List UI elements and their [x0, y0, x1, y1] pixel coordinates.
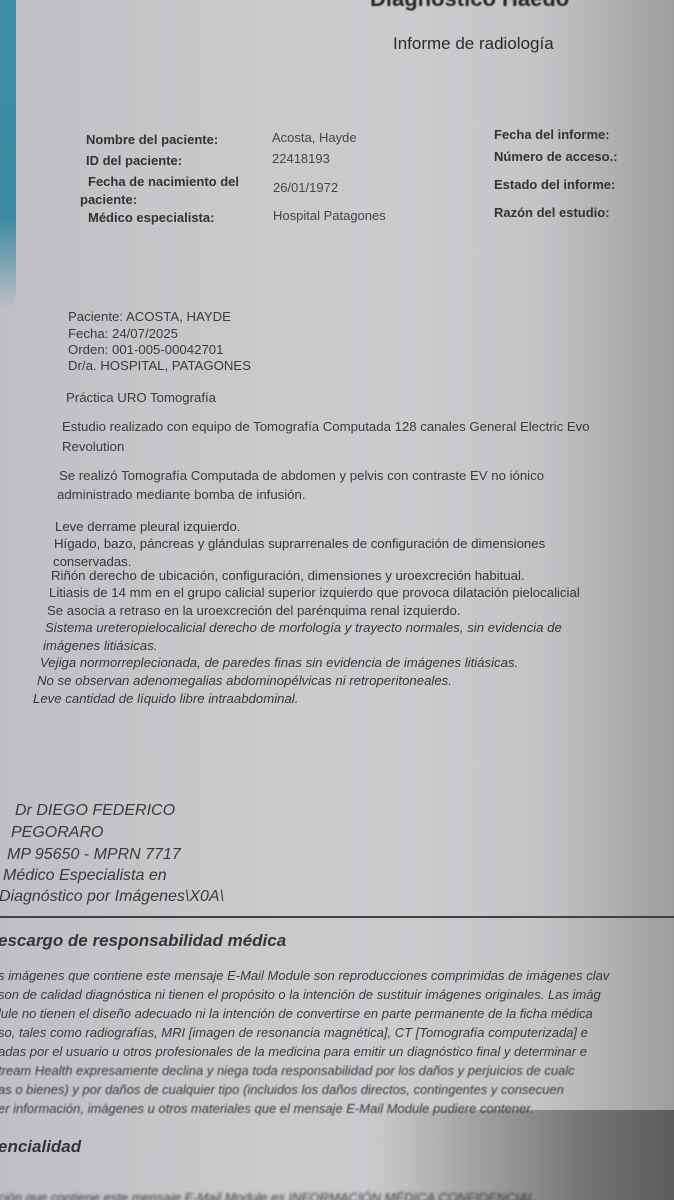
doctor-specialty-line2: Diagnóstico por Imágenes\X0A\	[0, 888, 224, 906]
order-patient: Paciente: ACOSTA, HAYDE	[68, 309, 231, 324]
disclaimer-line: er información, imágenes u otros materia…	[0, 1101, 534, 1116]
disclaimer-line: tream Health expresamente declina y nieg…	[0, 1063, 575, 1078]
disclaimer-title: escargo de responsabilidad médica	[0, 931, 286, 951]
background-object	[0, 0, 16, 310]
order-number: Orden: 001-005-00042701	[68, 342, 223, 357]
report-date-label: Fecha del informe:	[494, 127, 610, 142]
finding-line: Litiasis de 14 mm en el grupo calicial s…	[49, 585, 580, 600]
disclaimer-line: as o bienes) y por daños de cualquier ti…	[0, 1082, 564, 1097]
finding-line: Riñón derecho de ubicación, configuració…	[51, 568, 525, 583]
finding-line: Hígado, bazo, páncreas y glándulas supra…	[54, 536, 545, 551]
practice: Práctica URO Tomografía	[66, 390, 216, 405]
patient-name-value: Acosta, Hayde	[272, 130, 357, 145]
order-date: Fecha: 24/07/2025	[68, 326, 178, 341]
specialist-label: Médico especialista:	[88, 210, 214, 225]
procedure-line1: Se realizó Tomografía Computada de abdom…	[59, 468, 544, 483]
finding-line: conservadas.	[53, 554, 131, 569]
patient-id-label: ID del paciente:	[86, 153, 182, 168]
confidentiality-line: ción que contiene este mensaje E-Mail Mo…	[0, 1190, 535, 1200]
specialist-value: Hospital Patagones	[273, 208, 386, 223]
patient-name-label: Nombre del paciente:	[86, 132, 218, 147]
finding-line: Leve cantidad de líquido libre intraabdo…	[33, 691, 298, 706]
report-status-label: Estado del informe:	[494, 177, 615, 192]
disclaimer-line: adas por el usuario u otros profesionale…	[0, 1044, 587, 1059]
birthdate-value: 26/01/1972	[273, 180, 338, 195]
photo-shadow	[0, 1110, 674, 1200]
report-title: Informe de radiología	[393, 34, 554, 54]
study-reason-label: Razón del estudio:	[494, 205, 610, 220]
finding-line: Vejiga normorreplecionada, de paredes fi…	[40, 655, 518, 670]
finding-line: Leve derrame pleural izquierdo.	[55, 519, 240, 534]
doctor-name-line2: PEGORARO	[11, 824, 103, 842]
birthdate-label-line2: paciente:	[80, 192, 137, 207]
doctor-license: MP 95650 - MPRN 7717	[7, 846, 181, 864]
disclaimer-line: s imágenes que contiene este mensaje E-M…	[0, 968, 609, 983]
clinic-name: Diagnóstico Haedo	[370, 0, 569, 12]
disclaimer-line: so, tales como radiografías, MRI [imagen…	[0, 1025, 588, 1040]
finding-line: imágenes litiásicas.	[43, 638, 157, 653]
doctor-specialty-line1: Médico Especialista en	[3, 867, 167, 885]
accession-number-label: Número de acceso.:	[494, 149, 618, 164]
finding-line: Sistema ureteropielocalicial derecho de …	[45, 620, 562, 635]
equipment-line2: Revolution	[62, 439, 124, 454]
finding-line: Se asocia a retraso en la uroexcreción d…	[47, 603, 460, 618]
confidentiality-title: encialidad	[0, 1137, 81, 1157]
birthdate-label-line1: Fecha de nacimiento del	[88, 174, 239, 189]
disclaimer-line: lule no tienen el diseño adecuado ni la …	[0, 1006, 593, 1021]
doctor-name-line1: Dr DIEGO FEDERICO	[15, 802, 175, 820]
disclaimer-line: son de calidad diagnóstica ni tienen el …	[0, 987, 601, 1002]
order-doctor: Dr/a. HOSPITAL, PATAGONES	[68, 358, 251, 373]
finding-line: No se observan adenomegalias abdominopél…	[37, 673, 452, 688]
section-divider	[0, 916, 674, 918]
procedure-line2: administrado mediante bomba de infusión.	[57, 487, 306, 502]
equipment-line1: Estudio realizado con equipo de Tomograf…	[62, 419, 590, 434]
patient-id-value: 22418193	[272, 151, 330, 166]
